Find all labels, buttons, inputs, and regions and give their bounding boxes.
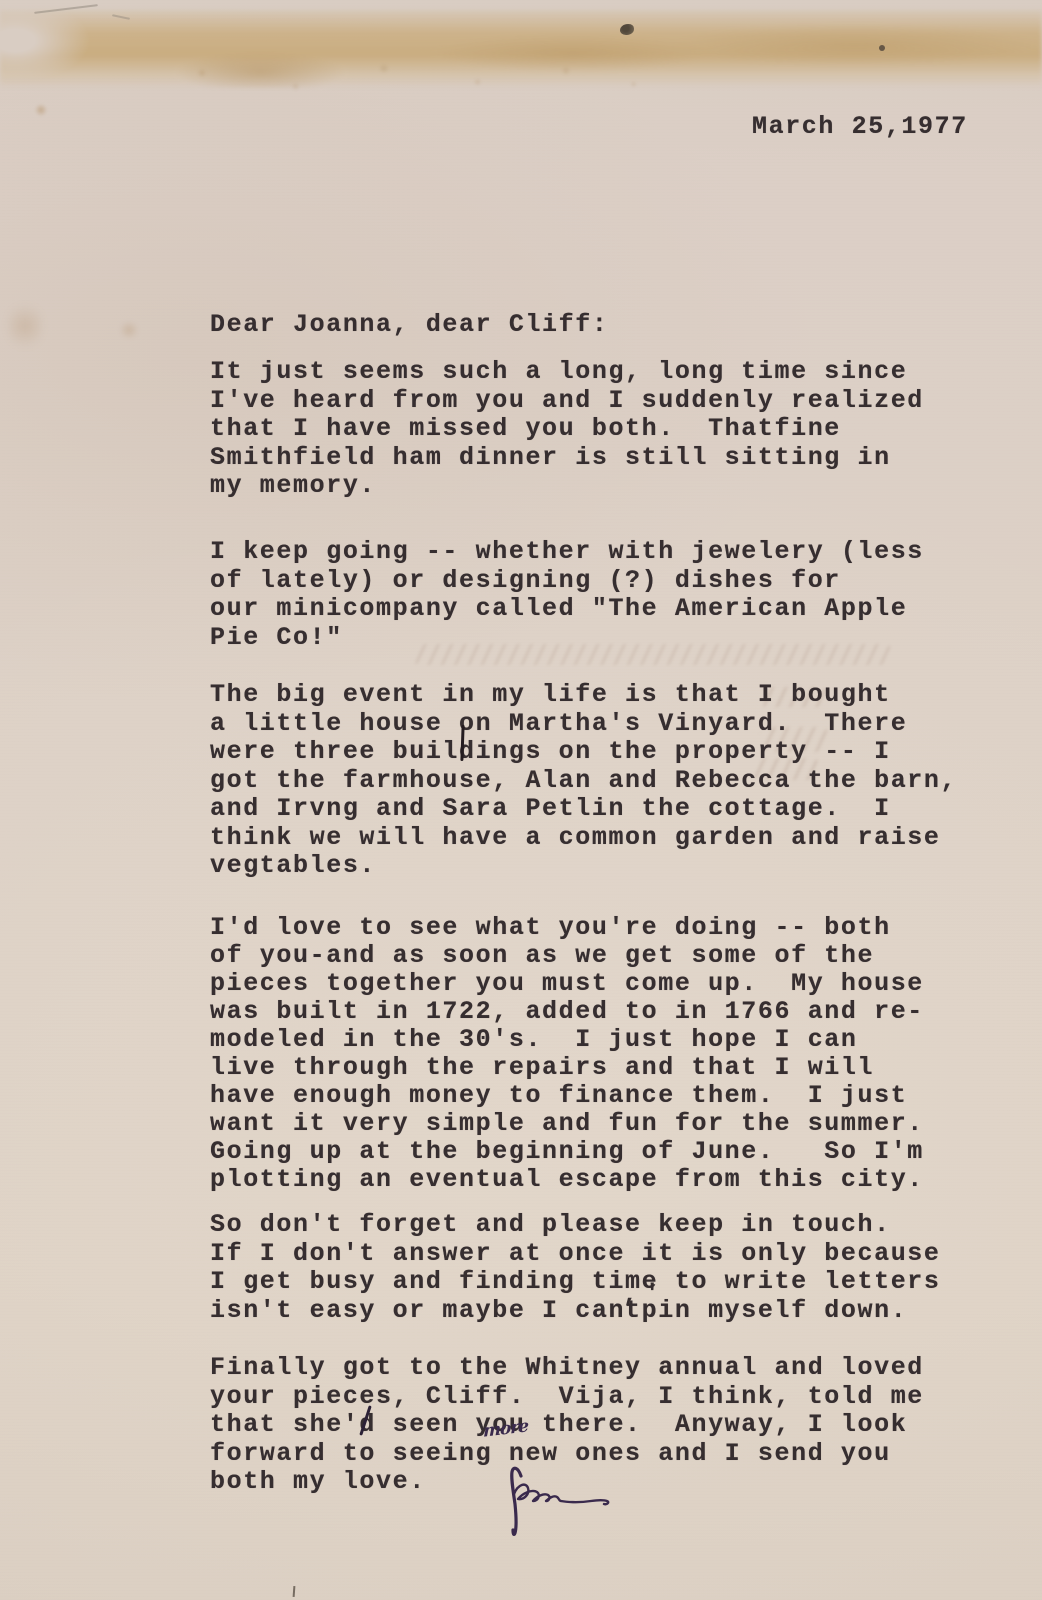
letter-line: of lately) or designing (?) dishes for bbox=[210, 567, 924, 596]
letter-line: were three buildings on the property -- … bbox=[210, 738, 957, 767]
letter-line: Smithfield ham dinner is still sitting i… bbox=[210, 444, 924, 473]
date-line: March 25,1977 bbox=[752, 113, 968, 142]
handwritten-signature bbox=[494, 1460, 630, 1550]
paragraph-4: I'd love to see what you're doing -- bot… bbox=[210, 914, 924, 1194]
paragraph-5: So don't forget and please keep in touch… bbox=[210, 1211, 941, 1325]
letter-line: isn't easy or maybe I cantpin myself dow… bbox=[210, 1297, 941, 1326]
letter-line: I keep going -- whether with jewelery (l… bbox=[210, 538, 924, 567]
letter-line: vegtables. bbox=[210, 852, 957, 881]
letter-line: So don't forget and please keep in touch… bbox=[210, 1211, 941, 1240]
letter-line: pieces together you must come up. My hou… bbox=[210, 970, 924, 998]
letter-line: plotting an eventual escape from this ci… bbox=[210, 1166, 924, 1194]
letter-line: think we will have a common garden and r… bbox=[210, 824, 957, 853]
paragraph-1: It just seems such a long, long time sin… bbox=[210, 358, 924, 501]
letter-line: want it very simple and fun for the summ… bbox=[210, 1110, 924, 1138]
letter-line: my memory. bbox=[210, 472, 924, 501]
stray-comma-mark: , bbox=[623, 1282, 637, 1309]
letter-line: If I don't answer at once it is only bec… bbox=[210, 1240, 941, 1269]
paper-smudge bbox=[8, 300, 42, 352]
letter-line: I get busy and finding time to write let… bbox=[210, 1268, 941, 1297]
paper-spot bbox=[118, 322, 140, 338]
paragraph-2: I keep going -- whether with jewelery (l… bbox=[210, 538, 924, 652]
letter-line: your pieces, Cliff. Vija, I think, told … bbox=[210, 1383, 924, 1412]
bottom-edge-mark bbox=[293, 1586, 296, 1597]
letter-line: Finally got to the Whitney annual and lo… bbox=[210, 1354, 924, 1383]
letter-line: a little house on Martha's Vinyard. Ther… bbox=[210, 710, 957, 739]
letter-line: live through the repairs and that I will bbox=[210, 1054, 924, 1082]
letter-line: and Irvng and Sara Petlin the cottage. I bbox=[210, 795, 957, 824]
letter-line: Going up at the beginning of June. So I'… bbox=[210, 1138, 924, 1166]
letter-page: March 25,1977 Dear Joanna, dear Cliff: I… bbox=[0, 0, 1042, 1600]
salutation: Dear Joanna, dear Cliff: bbox=[210, 311, 608, 340]
letter-line: was built in 1722, added to in 1766 and … bbox=[210, 998, 924, 1026]
letter-line: have enough money to finance them. I jus… bbox=[210, 1082, 924, 1110]
small-speck bbox=[879, 45, 885, 51]
paper-spot bbox=[34, 104, 48, 116]
letter-line: of you-and as soon as we get some of the bbox=[210, 942, 924, 970]
stain-mottling bbox=[150, 55, 670, 100]
paragraph-3: The big event in my life is that I bough… bbox=[210, 681, 957, 881]
letter-line: Pie Co!" bbox=[210, 624, 924, 653]
letter-line: It just seems such a long, long time sin… bbox=[210, 358, 924, 387]
letter-line: got the farmhouse, Alan and Rebecca the … bbox=[210, 767, 957, 796]
letter-line: I'd love to see what you're doing -- bot… bbox=[210, 914, 924, 942]
letter-line: that I have missed you both. Thatfine bbox=[210, 415, 924, 444]
letter-line: that she'd seen you there. Anyway, I loo… bbox=[210, 1411, 924, 1440]
stain-band-fade bbox=[0, 0, 120, 90]
salutation-text: Dear Joanna, dear Cliff: bbox=[210, 311, 608, 340]
inserted-apostrophe: ' bbox=[645, 1281, 659, 1308]
letter-line: I've heard from you and I suddenly reali… bbox=[210, 387, 924, 416]
letter-line: The big event in my life is that I bough… bbox=[210, 681, 957, 710]
letter-line: our minicompany called "The American App… bbox=[210, 595, 924, 624]
letter-line: modeled in the 30's. I just hope I can bbox=[210, 1026, 924, 1054]
